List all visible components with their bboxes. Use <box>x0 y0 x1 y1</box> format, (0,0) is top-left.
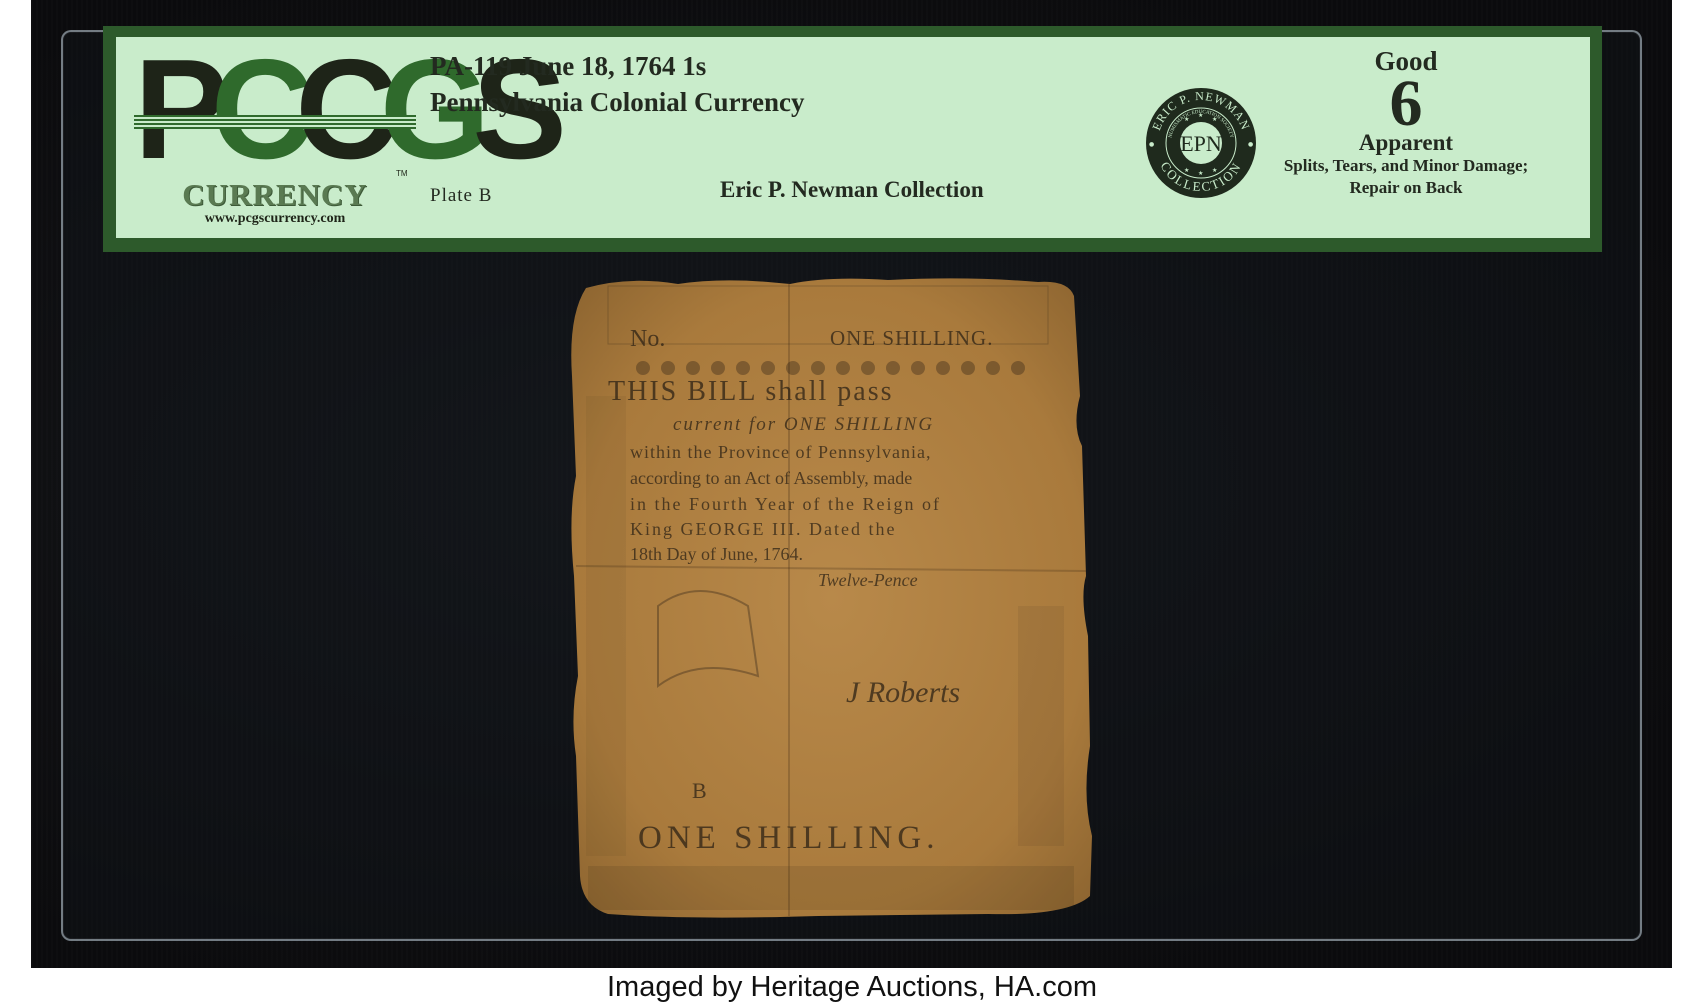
note-plate-letter: B <box>692 778 707 804</box>
svg-text:★: ★ <box>1198 170 1203 177</box>
note-body-3: within the Province of Pennsylvania, <box>630 442 931 463</box>
note-body-7: 18th Day of June, 1764. <box>630 544 803 565</box>
svg-text:★: ★ <box>1184 116 1189 123</box>
label-inner-panel: PCCGS TM CURRENCY www.pcgscurrency.com P… <box>116 37 1590 238</box>
grading-label: PCCGS TM CURRENCY www.pcgscurrency.com P… <box>103 26 1602 252</box>
note-denomination-bottom: ONE SHILLING. <box>638 820 939 857</box>
note-value-line: Twelve-Pence <box>818 570 918 591</box>
grade-block: Good 6 Apparent Splits, Tears, and Minor… <box>1246 45 1566 199</box>
image-credit-caption: Imaged by Heritage Auctions, HA.com <box>0 968 1704 1006</box>
svg-text:★: ★ <box>1198 112 1203 119</box>
logo-stripes <box>134 115 416 129</box>
svg-text:EPN: EPN <box>1180 131 1222 156</box>
note-denomination-top: ONE SHILLING. <box>830 326 993 351</box>
pcgs-currency-logo: PCCGS TM CURRENCY www.pcgscurrency.com <box>134 49 424 229</box>
epn-seal-icon: ERIC P. NEWMAN COLLECTION NUMISMATIC EDU… <box>1144 86 1258 200</box>
grade-comment-1: Splits, Tears, and Minor Damage; <box>1246 155 1566 177</box>
svg-text:●: ● <box>1149 141 1154 148</box>
catalog-title: PA-119 June 18, 1764 1s <box>430 51 706 82</box>
note-body-5: in the Fourth Year of the Reign of <box>630 494 941 515</box>
svg-text:★: ★ <box>1184 167 1189 174</box>
plate-letter: Plate B <box>430 185 492 207</box>
note-serial-label: No. <box>630 326 665 353</box>
pcgs-logo-letters: PCCGS <box>134 49 414 171</box>
pedigree-collection: Eric P. Newman Collection <box>720 177 984 203</box>
note-body-1: THIS BILL shall pass <box>608 376 894 408</box>
grade-number: 6 <box>1246 77 1566 131</box>
note-body-2: current for ONE SHILLING <box>673 414 934 436</box>
logo-currency-word: CURRENCY <box>134 177 416 213</box>
note-signature: J Roberts <box>846 676 960 710</box>
grade-qualifier: Apparent <box>1246 131 1566 155</box>
svg-text:★: ★ <box>1212 116 1217 123</box>
catalog-subtitle: Pennsylvania Colonial Currency <box>430 87 805 118</box>
svg-text:★: ★ <box>1212 167 1217 174</box>
banknote-image: No. ONE SHILLING. THIS BILL shall pass c… <box>568 276 1094 920</box>
logo-url: www.pcgscurrency.com <box>134 211 416 227</box>
grade-comment-2: Repair on Back <box>1246 177 1566 199</box>
note-body-6: King GEORGE III. Dated the <box>630 519 896 540</box>
note-body-4: according to an Act of Assembly, made <box>630 468 912 489</box>
